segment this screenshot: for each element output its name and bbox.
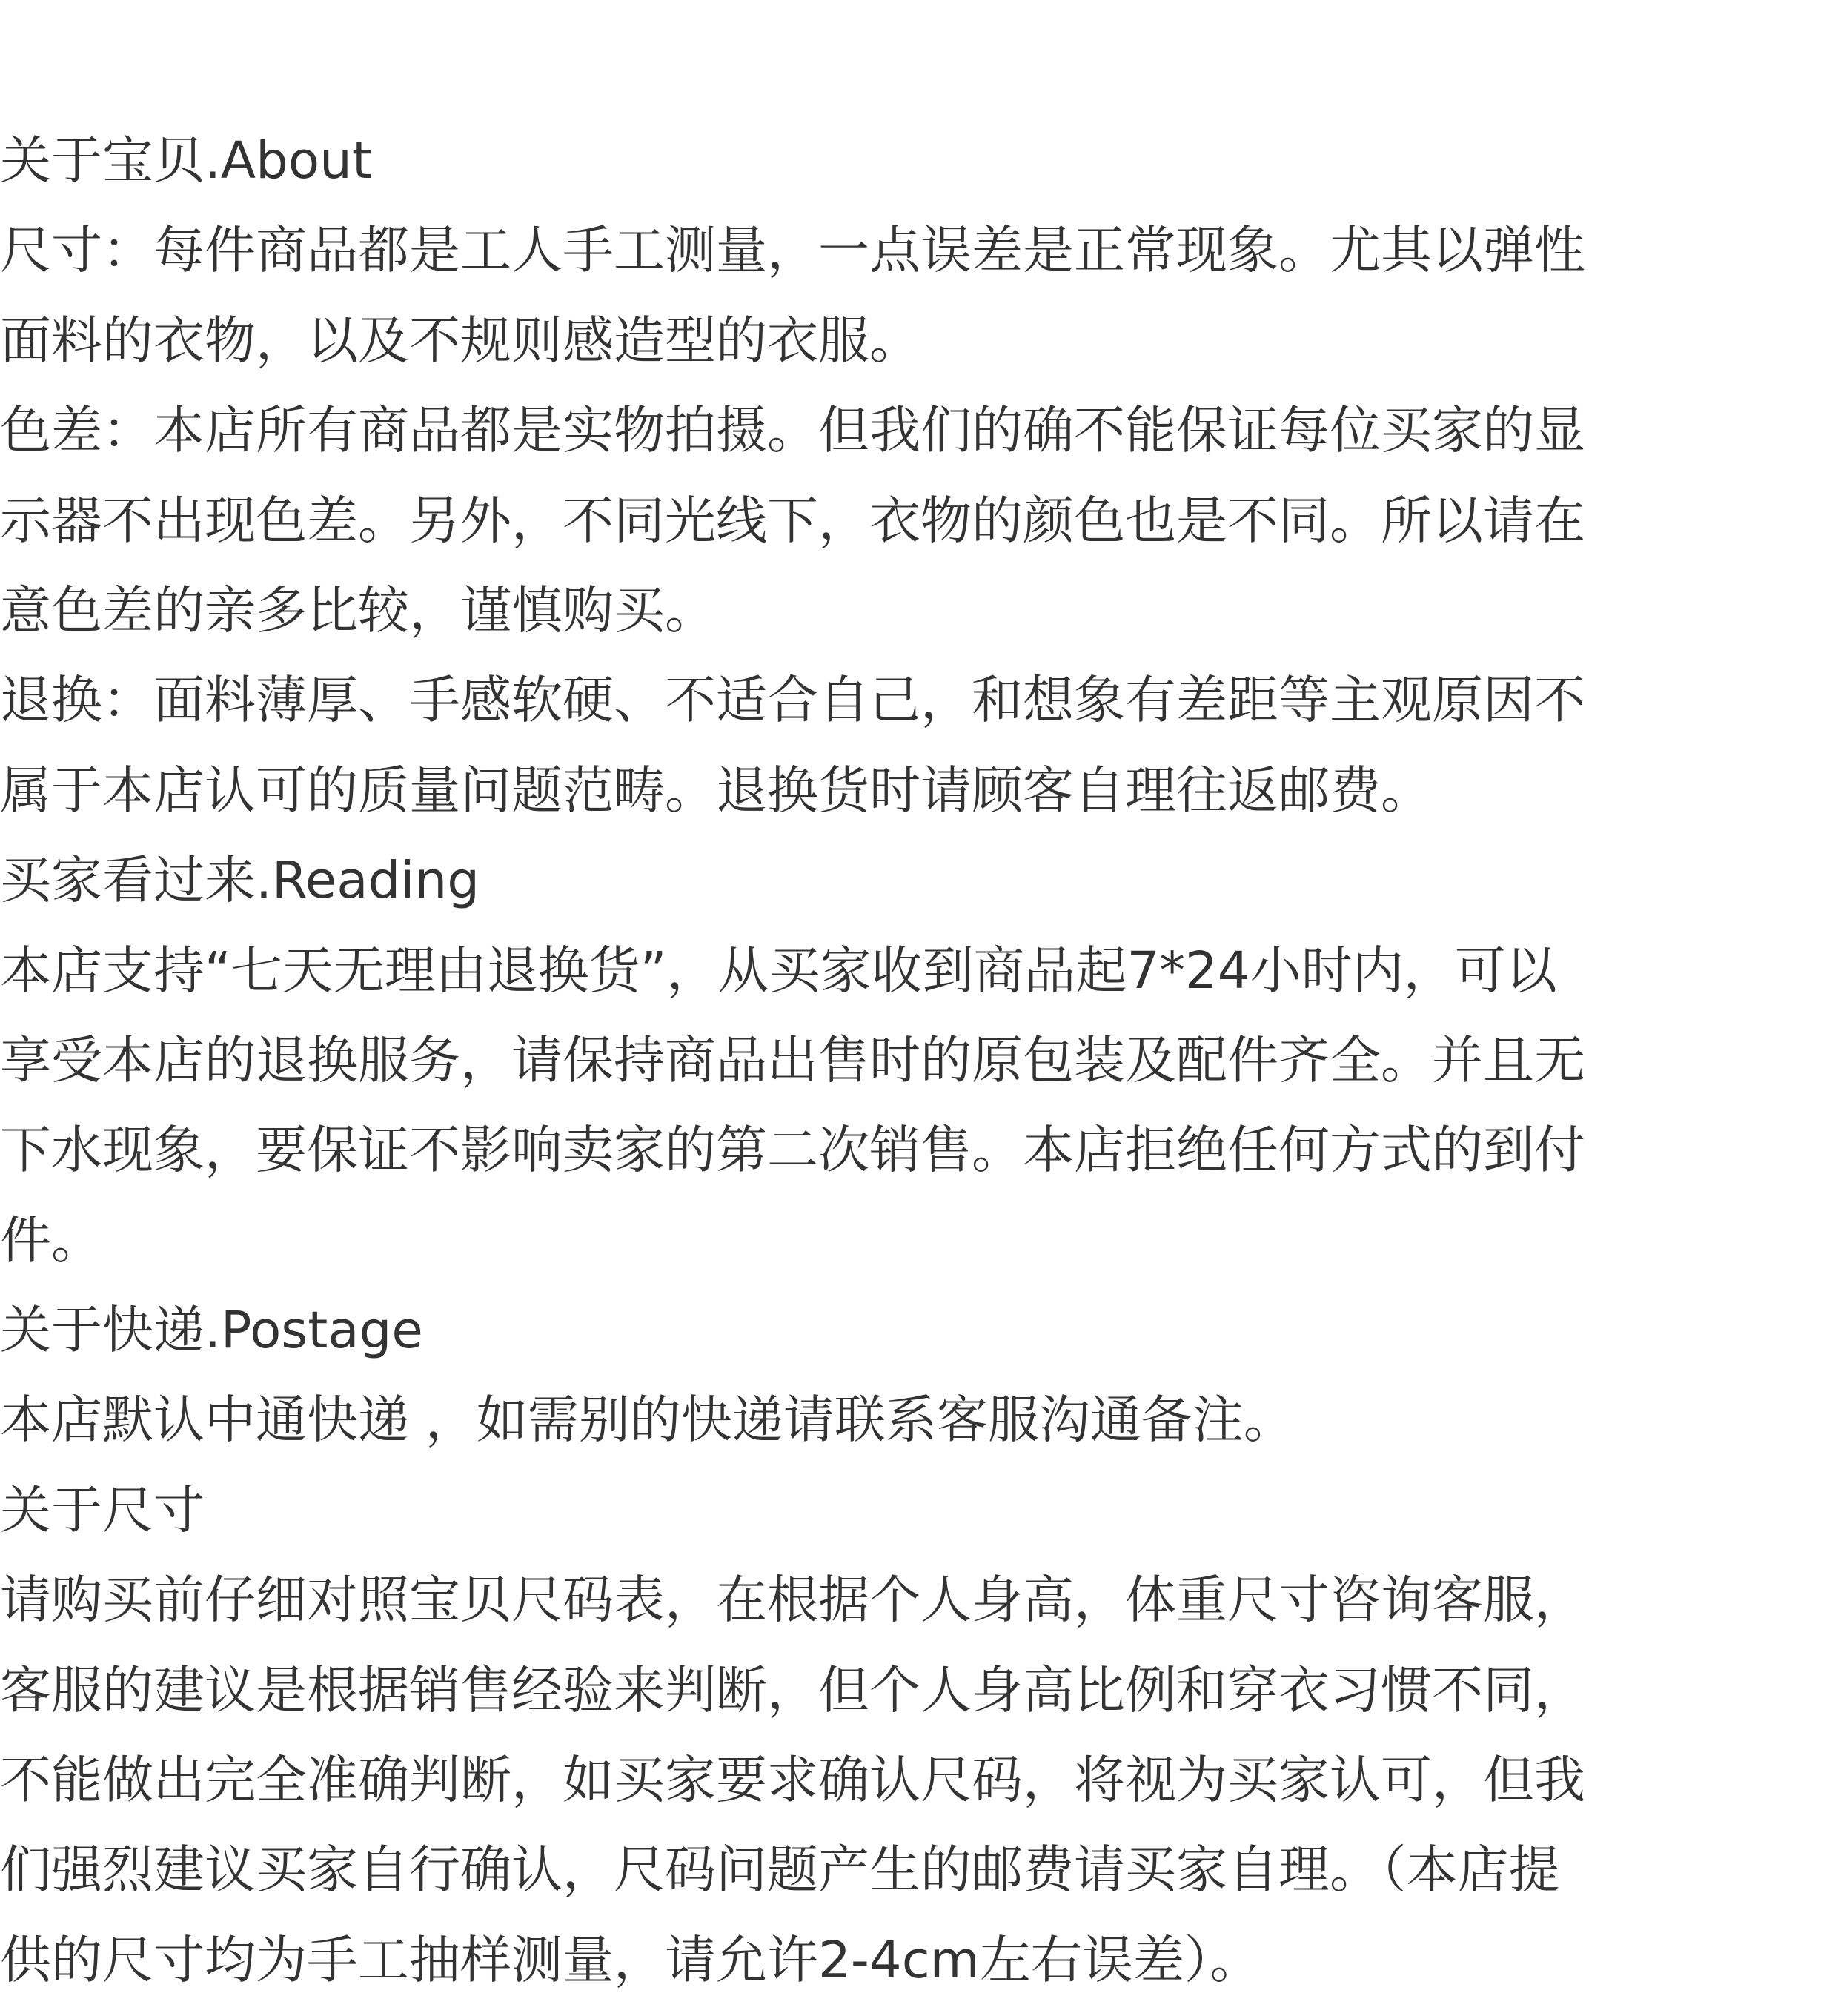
- paragraph-postage-line: 本店默认中通快递 ，如需别的快递请联系客服沟通备注。: [0, 1376, 1838, 1465]
- section-heading-about: 关于宝贝.About: [0, 116, 1838, 206]
- paragraph-return-line: 属于本店认可的质量问题范畴。退换货时请顾客自理往返邮费。: [0, 746, 1838, 836]
- section-heading-postage: 关于快递.Postage: [0, 1286, 1838, 1376]
- paragraph-seven-day-line: 本店支持“七天无理由退换货”，从买家收到商品起7*24小时内，可以: [0, 926, 1838, 1016]
- paragraph-seven-day-line: 件。: [0, 1196, 1838, 1286]
- paragraph-seven-day-line: 下水现象，要保证不影响卖家的第二次销售。本店拒绝任何方式的到付: [0, 1106, 1838, 1196]
- paragraph-return-line: 退换：面料薄厚、手感软硬、不适合自己，和想象有差距等主观原因不: [0, 656, 1838, 746]
- paragraph-seven-day-line: 享受本店的退换服务，请保持商品出售时的原包装及配件齐全。并且无: [0, 1016, 1838, 1106]
- paragraph-color-line: 色差：本店所有商品都是实物拍摄。但我们的确不能保证每位买家的显: [0, 386, 1838, 476]
- paragraph-sizing-line: 请购买前仔细对照宝贝尺码表，在根据个人身高，体重尺寸咨询客服，: [0, 1556, 1838, 1645]
- paragraph-sizing-line: 们强烈建议买家自行确认，尺码问题产生的邮费请买家自理。（本店提: [0, 1826, 1838, 1915]
- paragraph-size-line: 尺寸：每件商品都是工人手工测量，一点误差是正常现象。尤其以弹性: [0, 206, 1838, 296]
- paragraph-size-line: 面料的衣物，以及不规则感造型的衣服。: [0, 296, 1838, 386]
- section-heading-sizing: 关于尺寸: [0, 1466, 1838, 1556]
- paragraph-sizing-line: 供的尺寸均为手工抽样测量，请允许2-4cm左右误差）。: [0, 1916, 1838, 2006]
- store-policy-document: 关于宝贝.About 尺寸：每件商品都是工人手工测量，一点误差是正常现象。尤其以…: [0, 116, 1838, 2006]
- paragraph-color-line: 意色差的亲多比较，谨慎购买。: [0, 566, 1838, 656]
- paragraph-sizing-line: 不能做出完全准确判断，如买家要求确认尺码，将视为买家认可，但我: [0, 1736, 1838, 1826]
- section-heading-reading: 买家看过来.Reading: [0, 836, 1838, 926]
- paragraph-color-line: 示器不出现色差。另外，不同光线下，衣物的颜色也是不同。所以请在: [0, 477, 1838, 566]
- paragraph-sizing-line: 客服的建议是根据销售经验来判断，但个人身高比例和穿衣习惯不同，: [0, 1646, 1838, 1736]
